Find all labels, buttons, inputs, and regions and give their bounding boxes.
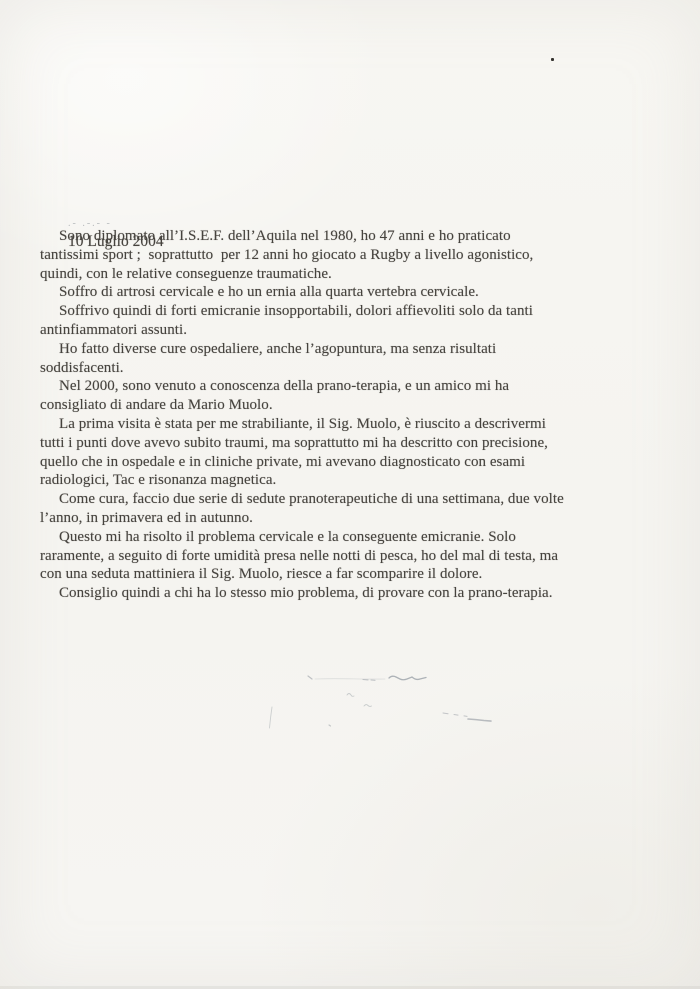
date-line: .- .-.- - 10 Luglio 2004 <box>52 197 164 217</box>
letter-line: Soffro di artrosi cervicale e ho un erni… <box>40 283 660 302</box>
letter-line: Soffrivo quindi di forti emicranie insop… <box>40 302 660 321</box>
scanned-letter-page: .- .-.- - 10 Luglio 2004 Sono diplomato … <box>0 0 700 989</box>
letter-line: soddisfacenti. <box>40 359 660 378</box>
letter-line: l’anno, in primavera ed in autunno. <box>40 509 660 528</box>
letter-line: raramente, a seguito di forte umidità pr… <box>40 547 660 566</box>
letter-line: Nel 2000, sono venuto a conoscenza della… <box>40 377 660 396</box>
letter-line: quindi, con le relative conseguenze trau… <box>40 265 660 284</box>
letter-line: antinfiammatori assunti. <box>40 321 660 340</box>
letter-line: Ho fatto diverse cure ospedaliere, anche… <box>40 340 660 359</box>
letter-line: tantissimi sport ; soprattutto per 12 an… <box>40 246 660 265</box>
letter-line: radiologici, Tac e risonanza magnetica. <box>40 471 660 490</box>
letter-line: tutti i punti dove avevo subito traumi, … <box>40 434 660 453</box>
letter-line: con una seduta mattiniera il Sig. Muolo,… <box>40 565 660 584</box>
faded-signature-marks <box>255 650 515 735</box>
letter-line: quello che in ospedale e in cliniche pri… <box>40 453 660 472</box>
letter-line: Questo mi ha risolto il problema cervica… <box>40 528 660 547</box>
scan-dust-speck <box>551 58 554 61</box>
letter-line: Consiglio quindi a chi ha lo stesso mio … <box>40 584 660 603</box>
letter-line: Come cura, faccio due serie di sedute pr… <box>40 490 660 509</box>
letter-line: Sono diplomato all’I.S.E.F. dell’Aquila … <box>40 227 660 246</box>
letter-line: La prima visita è stata per me strabilia… <box>40 415 660 434</box>
letter-line: consigliato di andare da Mario Muolo. <box>40 396 660 415</box>
letter-body: Sono diplomato all’I.S.E.F. dell’Aquila … <box>40 227 660 603</box>
